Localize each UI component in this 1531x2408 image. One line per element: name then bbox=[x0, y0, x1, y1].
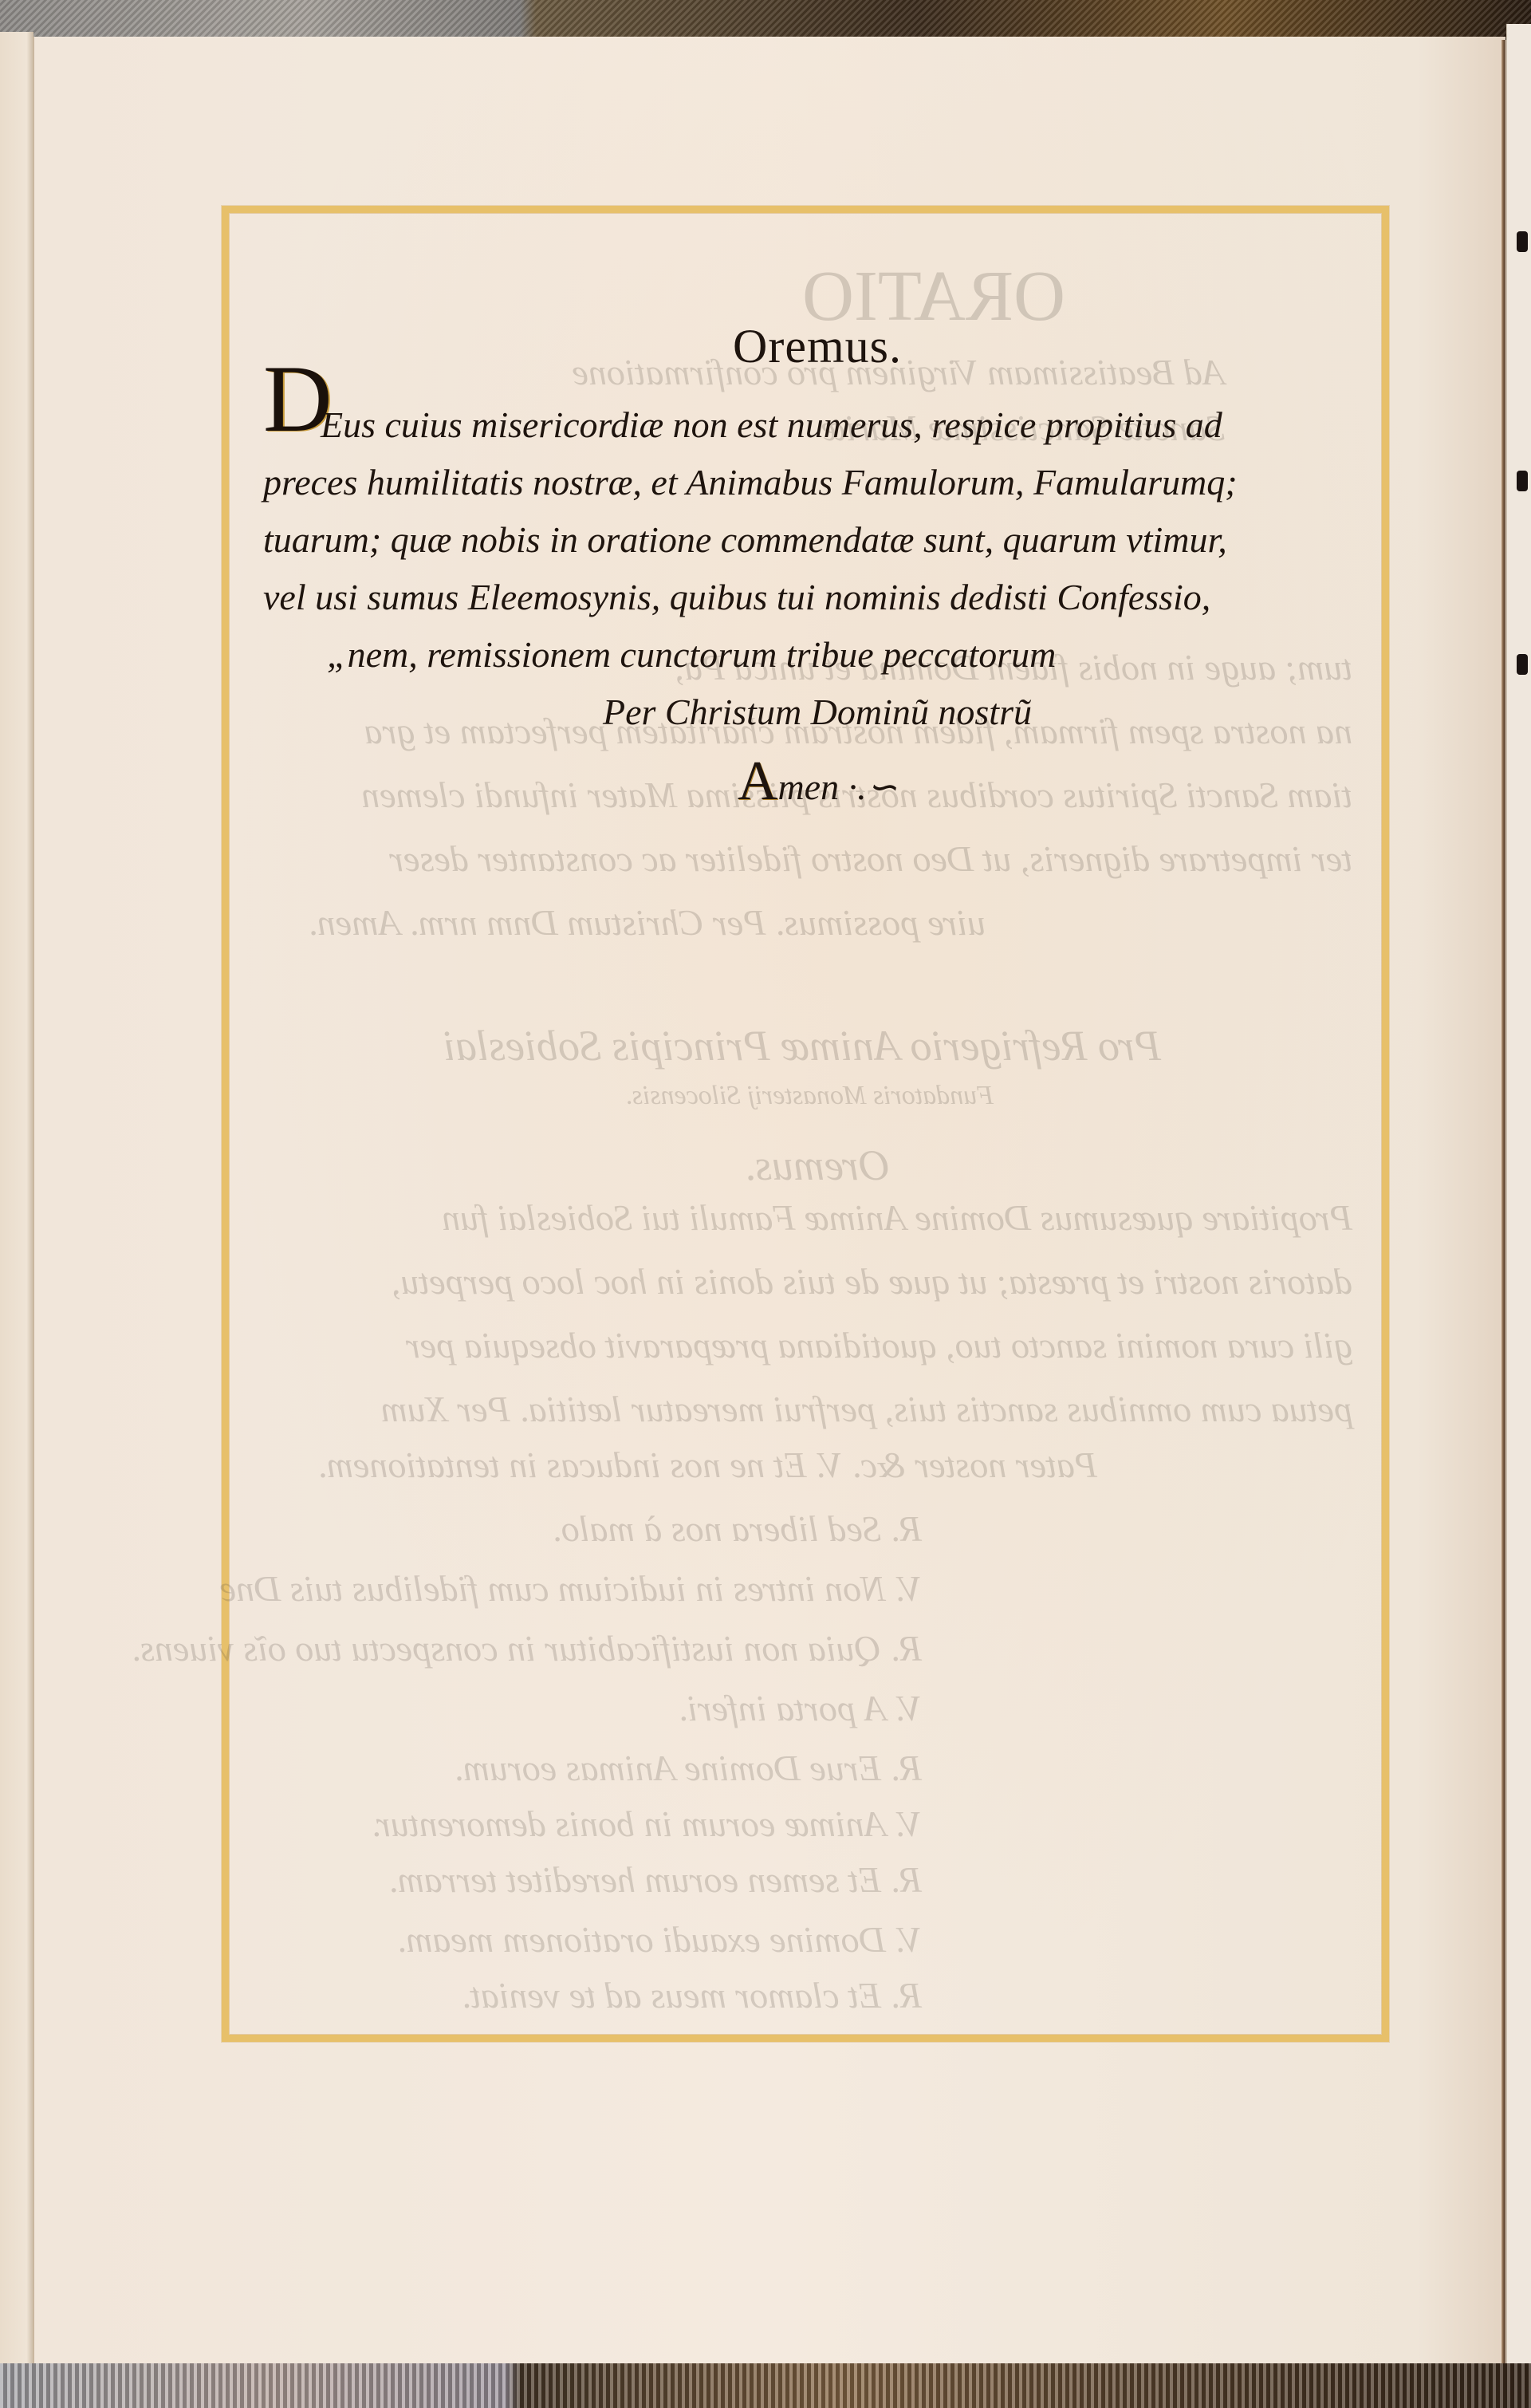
adjacent-page-edge bbox=[1506, 24, 1531, 2365]
show-through-line: V. Animæ eorum in bonis demorentur. bbox=[372, 1803, 922, 1845]
show-through-line: R. Quia non iustificabitur in conspectu … bbox=[132, 1627, 922, 1669]
book-binding-top bbox=[0, 0, 1531, 38]
book-binding-bottom bbox=[0, 2363, 1531, 2408]
show-through-line: R. Sed libera nos à malo. bbox=[552, 1507, 922, 1550]
adjacent-page-ink-mark bbox=[1517, 654, 1528, 675]
show-through-line: R. Et semen eorum hereditet terram. bbox=[388, 1858, 922, 1901]
show-through-line: ter impetrare digneris, ut Deo nostro fi… bbox=[389, 837, 1352, 880]
amen-text: men ·.∽ bbox=[777, 767, 897, 807]
page-gutter bbox=[0, 32, 33, 2369]
show-through-line: Pater noster &c. V. Et ne nos inducas in… bbox=[317, 1444, 1097, 1486]
show-through-line: R. Et clamor meus ad te veniat. bbox=[462, 1974, 922, 2016]
amen-line: Amen ·.∽ bbox=[263, 754, 1372, 810]
show-through-line: V. Non intres in iudicium cum fidelibus … bbox=[220, 1567, 922, 1610]
prayer-heading: Oremus. bbox=[263, 319, 1372, 374]
show-through-line: datoris nostri et præsta; ut quæ de tuis… bbox=[392, 1260, 1352, 1303]
show-through-line: Fundatoris Monasterij Silocensis. bbox=[625, 1081, 994, 1111]
amen-initial: A bbox=[738, 751, 778, 812]
show-through-line: R. Erue Domine Animas eorum. bbox=[454, 1747, 922, 1789]
show-through-line: petua cum omnibus sanctis tuis, perfrui … bbox=[380, 1388, 1352, 1430]
prayer-line: tuarum; quæ nobis in oratione commendatæ… bbox=[263, 522, 1227, 558]
show-through-line: gili cura nomini sancto tuo, quotidiana … bbox=[406, 1324, 1352, 1366]
show-through-line: V. A porta inferi. bbox=[679, 1687, 922, 1729]
prayer-line: Eus cuius misericordiæ non est numerus, … bbox=[321, 407, 1222, 443]
adjacent-page-ink-mark bbox=[1517, 231, 1528, 252]
prayer-line: „nem, remissionem cunctorum tribue pecca… bbox=[327, 636, 1056, 673]
show-through-line: V. Domine exaudi orationem meam. bbox=[397, 1918, 922, 1961]
prayer-line: vel usi sumus Eleemosynis, quibus tui no… bbox=[263, 579, 1210, 616]
show-through-line: Oremus. bbox=[745, 1141, 891, 1190]
prayer-line: preces humilitatis nostræ, et Animabus F… bbox=[263, 464, 1238, 501]
show-through-line: Pro Refrigerio Animæ Principis Sobieslai bbox=[443, 1021, 1161, 1070]
show-through-line: Propitiare quæsumus Domine Animæ Famuli … bbox=[442, 1196, 1352, 1239]
show-through-line: uire possimus. Per Christum Dnm nrm. Ame… bbox=[308, 901, 986, 944]
adjacent-page-ink-mark bbox=[1517, 471, 1528, 491]
prayer-closing: Per Christum Dominũ nostrũ bbox=[263, 694, 1372, 731]
